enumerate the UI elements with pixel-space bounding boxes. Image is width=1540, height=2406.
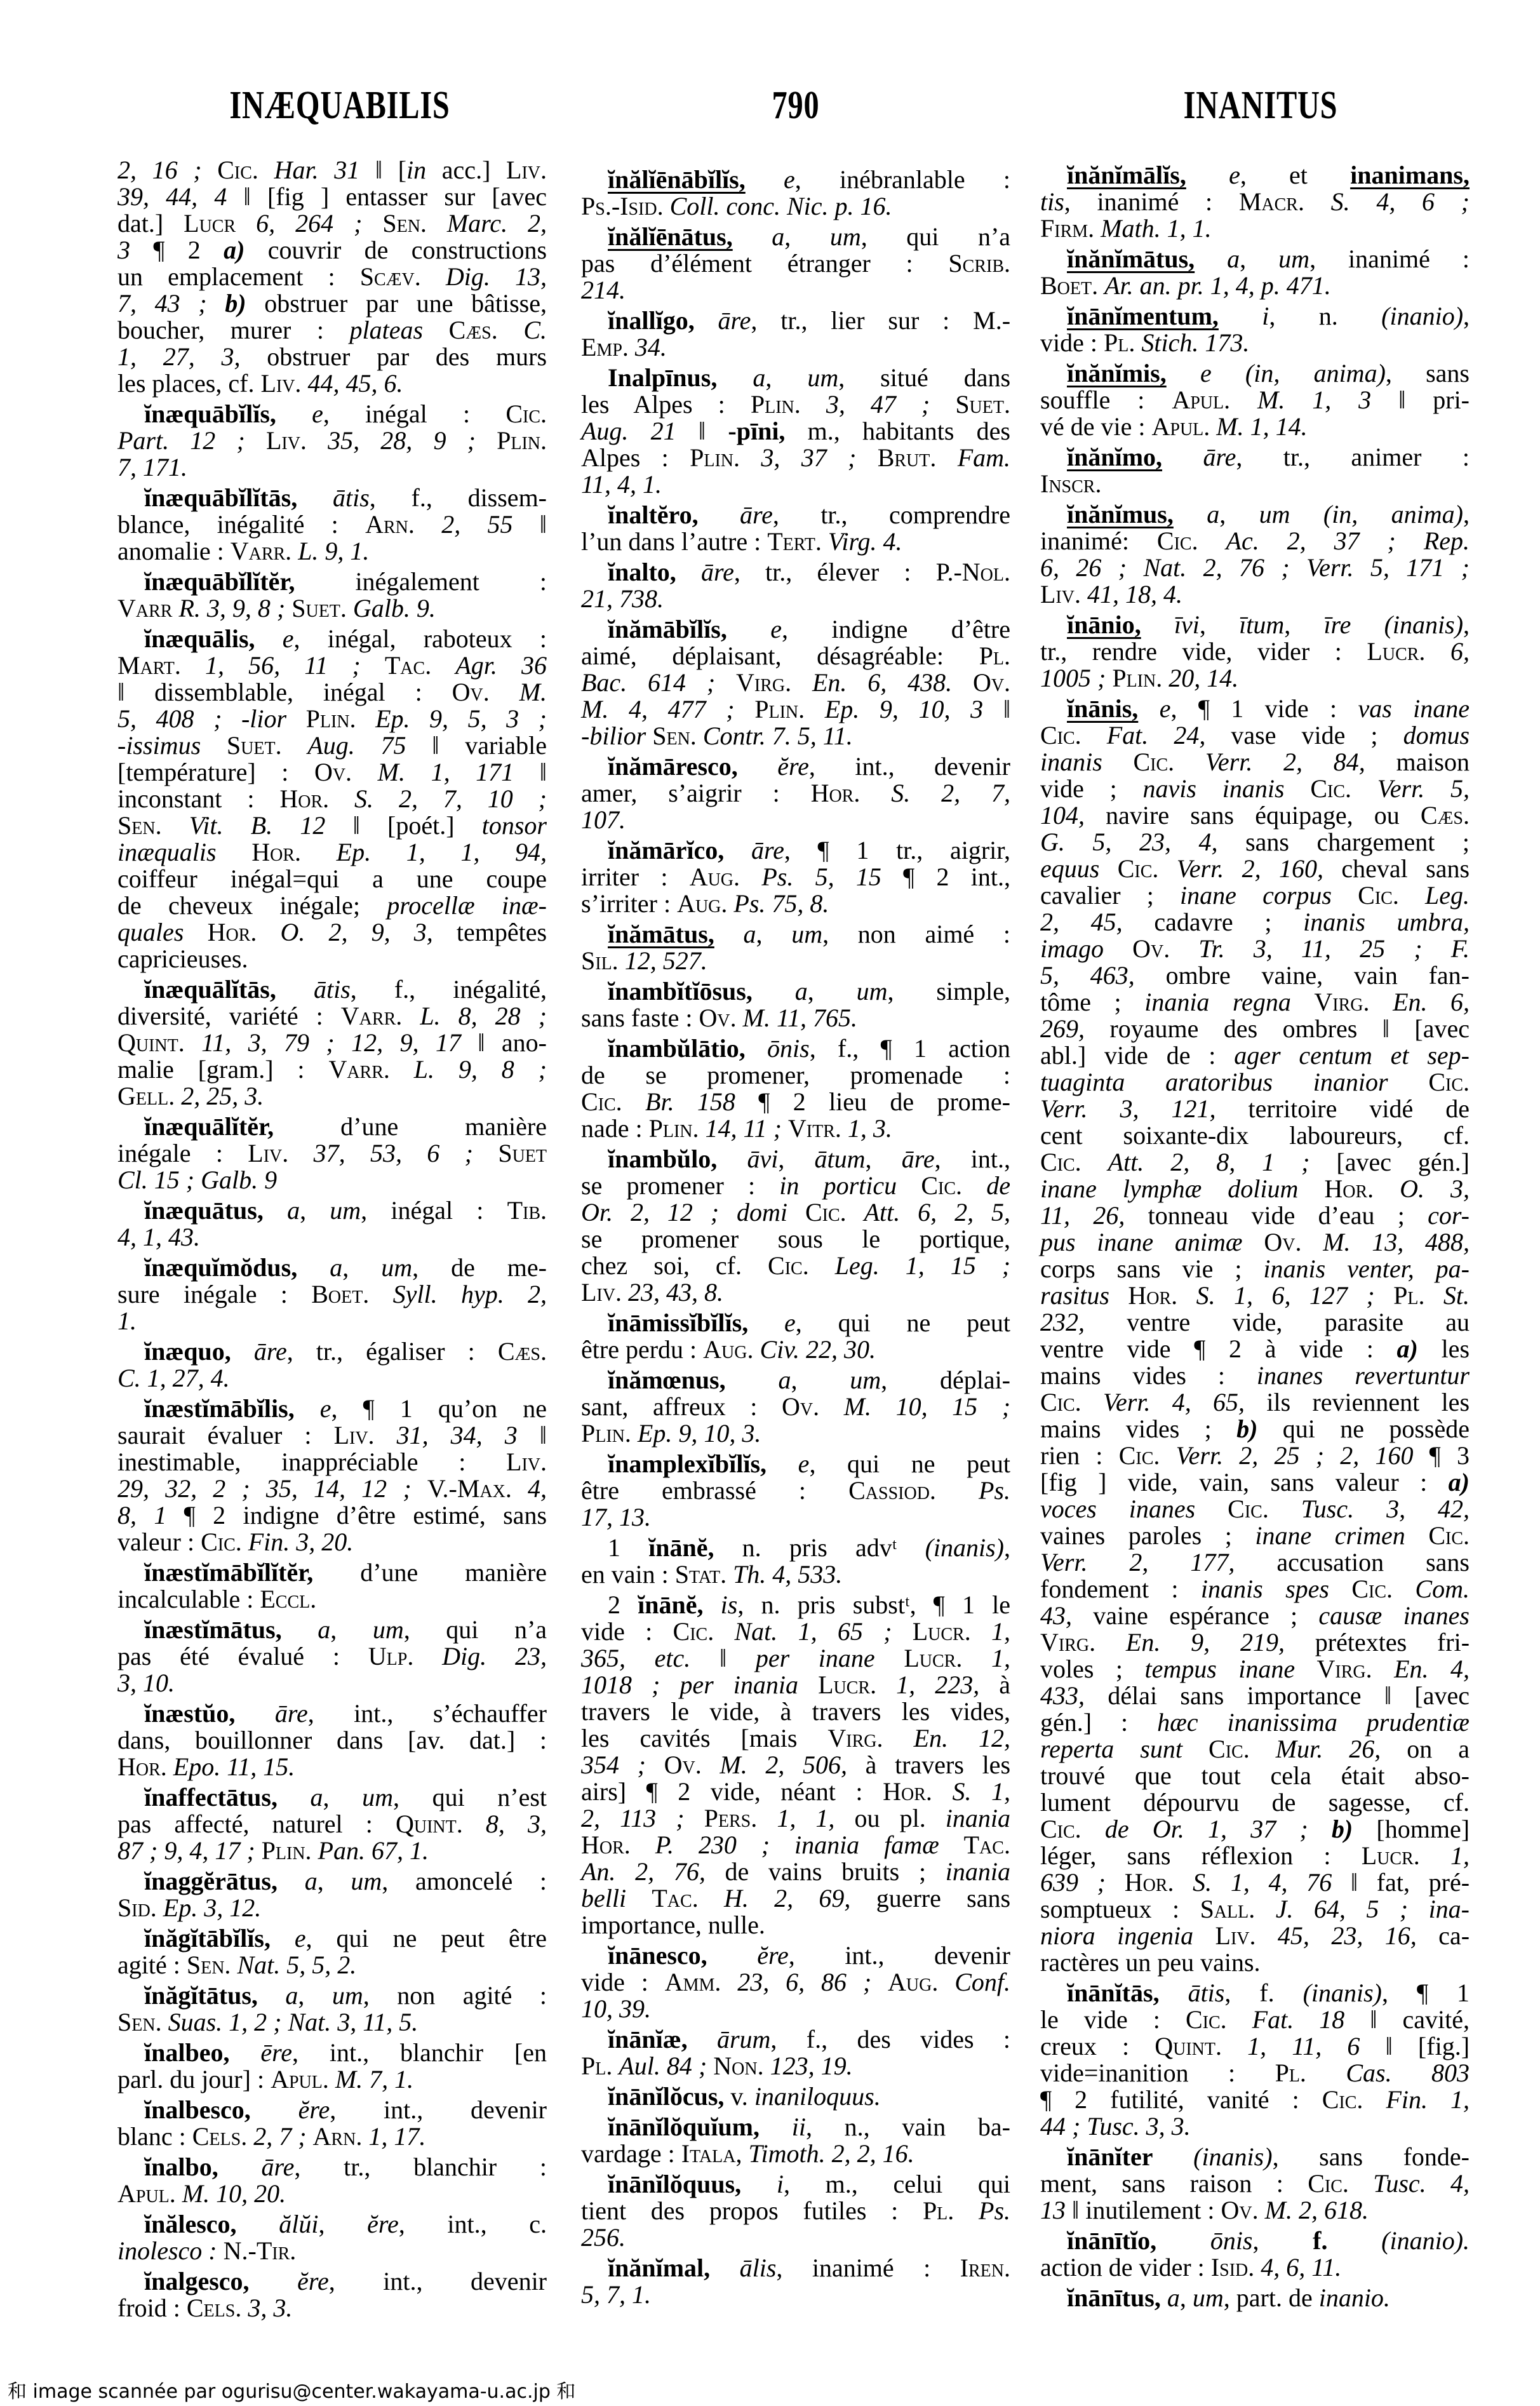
entry-line: sant, affreux : Ov. M. 10, 15 ; (581, 1394, 1010, 1420)
italic-text: 104, (1040, 801, 1085, 830)
italic-text: inane crimen (1255, 1521, 1405, 1550)
italic-text: ātis (333, 483, 370, 512)
author-abbreviation: Eccl. (260, 1585, 316, 1613)
italic-text: 45, 23, 16, (1278, 1921, 1417, 1950)
author-abbreviation: Sil. (581, 946, 619, 975)
italic-text: Cl. 15 ; Galb. 9 (117, 1166, 277, 1194)
author-abbreviation: Cels. (187, 2294, 241, 2322)
entry-line: 7, 171. (117, 454, 547, 481)
author-abbreviation: Ulp. (368, 1642, 414, 1670)
entry-line: aimé, déplaisant, désagréable: Pl. (581, 643, 1010, 669)
italic-text: de (986, 1171, 1010, 1200)
author-abbreviation: Aug. (677, 889, 727, 918)
dictionary-entry: ĭnănĭmātus, a, um, inanimé :Boet. Ar. an… (1040, 246, 1470, 299)
author-abbreviation: M.- (973, 306, 1010, 335)
italic-text: ălŭi (279, 2210, 318, 2238)
entry-line: capricieuses. (117, 946, 547, 972)
entry-line: Cic. de Or. 1, 37 ; b) [homme] (1040, 1816, 1470, 1843)
italic-text: P. 230 ; inania famæ (655, 1831, 939, 1859)
author-abbreviation: Stat. (675, 1560, 726, 1589)
italic-text: Aug. 75 (307, 731, 406, 760)
italic-text: 4, 1, 43. (117, 1223, 200, 1251)
italic-text: ii (792, 2113, 806, 2141)
author-abbreviation: Sid. (117, 1893, 157, 1922)
italic-text: 1. (117, 1307, 137, 1335)
author-abbreviation: Liv. (260, 369, 301, 398)
italic-text: 39, 44, 4 (117, 182, 227, 211)
italic-text: inolesco : (117, 2236, 217, 2265)
italic-text: Dig. 23, (442, 1642, 547, 1670)
author-abbreviation: Cic. (581, 1087, 622, 1116)
italic-text: tis (1040, 187, 1064, 216)
author-abbreviation: Hor. (117, 1752, 167, 1781)
author-abbreviation: Cic. (1310, 774, 1351, 803)
italic-text: Pan. 67, 1. (318, 1836, 429, 1865)
dictionary-entry: ĭnānĭæ, ārum, f., des vides :Pl. Aul. 84… (581, 2026, 1010, 2080)
dictionary-entry: ĭnămœnus, a, um, déplai-sant, affreux : … (581, 1367, 1010, 1447)
entry-line: Firm. Math. 1, 1. (1040, 215, 1470, 242)
italic-text: L. 8, 28 ; (420, 1002, 547, 1030)
italic-text: 43, (1040, 1601, 1072, 1630)
entry-line: ment, sans raison : Cic. Tusc. 4, (1040, 2170, 1470, 2197)
entry-line: ĭnæquĭmŏdus, a, um, de me- (117, 1254, 547, 1281)
entry-line: ractères un peu vains. (1040, 1949, 1470, 1976)
italic-text: 4, (528, 1474, 547, 1503)
italic-text: 35, 28, 9 ; (328, 426, 476, 455)
italic-text: Com. (1415, 1575, 1470, 1603)
author-abbreviation: Pl. (581, 2052, 612, 2080)
dictionary-entry: ĭnāmissĭbĭlĭs, e, qui ne peutêtre perdu … (581, 1310, 1010, 1363)
italic-text: M. 1, 14. (1216, 412, 1307, 441)
entry-line: ĭnānĭtās, ātis, f. (inanis), ¶ 1 (1040, 1980, 1470, 2006)
entry-line: agité : Sen. Nat. 5, 5, 2. (117, 1952, 547, 1979)
entry-line: Cic. Verr. 4, 65, ils reviennent les (1040, 1389, 1470, 1416)
entry-line: -issimus Suet. Aug. 75 ‖ variable (117, 732, 547, 759)
italic-text: C. (523, 316, 547, 344)
dictionary-entry: ĭnăgĭtābĭlĭs, e, qui ne peut êtreagité :… (117, 1925, 547, 1979)
entry-line: 2, 16 ; Cic. Har. 31 ‖ [in acc.] Liv. (117, 157, 547, 184)
author-abbreviation: Lucr (184, 209, 236, 238)
author-abbreviation: Cels. (192, 2122, 247, 2151)
headword: ĭnamplexĭbĭlĭs, (608, 1449, 767, 1478)
entry-line: être perdu : Aug. Civ. 22, 30. (581, 1336, 1010, 1363)
italic-text: L. 9, 1. (298, 537, 369, 565)
italic-text: Stich. 173. (1141, 328, 1249, 357)
italic-text: 1, 17. (368, 2122, 425, 2151)
column-1: 2, 16 ; Cic. Har. 31 ‖ [in acc.] Liv.39,… (117, 157, 547, 2322)
entry-line: voles ; tempus inane Virg. En. 4, (1040, 1656, 1470, 1683)
italic-text: Vit. B. 12 (189, 811, 326, 840)
italic-text: um (330, 1196, 361, 1225)
italic-text: 1, 56, 11 ; (205, 651, 361, 680)
headword: ĭnalto, (608, 558, 676, 586)
entry-line: 13 ‖ inutilement : Ov. M. 2, 618. (1040, 2197, 1470, 2224)
entry-line: importance, nulle. (581, 1912, 1010, 1939)
entry-line: ĭnănĭmātus, a, um, inanimé : (1040, 246, 1470, 272)
headword: ĭnānĭtās, (1067, 1979, 1160, 2007)
entry-line: Hor. Epo. 11, 15. (117, 1754, 547, 1780)
italic-text: Aug. 21 (581, 417, 676, 445)
italic-text: 10, 39. (581, 1994, 651, 2023)
italic-text: 1, 3. (848, 1114, 892, 1143)
author-abbreviation: Hor. (1324, 1174, 1374, 1203)
italic-text: 2, 113 ; (581, 1804, 685, 1832)
italic-text: 2, 45, (1040, 908, 1123, 936)
italic-text: 13 (1040, 2196, 1066, 2224)
author-abbreviation: Plin. (581, 1419, 631, 1448)
italic-text: e (in, anima) (1200, 359, 1386, 387)
author-abbreviation: Tac. (385, 651, 431, 680)
italic-text: Fat. 18 (1252, 2005, 1345, 2034)
entry-line: mains vides : inanes revertuntur (1040, 1362, 1470, 1389)
italic-text: cor- (1428, 1201, 1470, 1230)
entry-line: 17, 13. (581, 1504, 1010, 1531)
italic-text: En. 12, (914, 1724, 1010, 1752)
entry-line: ĭnălĭēnātus, a, um, qui n’a (581, 224, 1010, 250)
italic-text: J. 64, 5 ; ina- (1276, 1895, 1470, 1923)
dictionary-entry: ĭnæquo, āre, tr., égaliser : Cæs.C. 1, 2… (117, 1338, 547, 1392)
author-abbreviation: Gell. (117, 1082, 175, 1110)
italic-text: ātis (314, 975, 351, 1004)
headword: ĭnăgĭtābĭlĭs, (144, 1924, 271, 1952)
italic-text: āre (751, 836, 784, 864)
entry-line: Plin. Ep. 9, 10, 3. (581, 1420, 1010, 1447)
author-abbreviation: Cic. (1040, 1148, 1081, 1176)
italic-text: 20, 14. (1168, 664, 1238, 692)
italic-text: 1, 11, 6 (1247, 2032, 1360, 2060)
entry-line: malie [gram.] : Varr. L. 9, 8 ; (117, 1056, 547, 1083)
italic-text: a (795, 977, 808, 1005)
entry-line: irriter : Aug. Ps. 5, 15 ¶ 2 int., (581, 864, 1010, 890)
italic-text: St. (1443, 1281, 1470, 1310)
italic-text: quales (117, 918, 184, 946)
italic-text: 29, 32, 2 ; 35, 14, 12 ; (117, 1474, 412, 1503)
italic-text: 2, 55 (441, 510, 512, 539)
underlined-headword: ĭnānĭmentum, (1067, 302, 1219, 330)
underlined-headword: ĭnănĭmus, (1067, 500, 1174, 528)
italic-text: (inanis) (1303, 1979, 1382, 2007)
italic-text: Ep. 9, 10, 3. (638, 1419, 761, 1448)
entry-line: ĭnāmissĭbĭlĭs, e, qui ne peut (581, 1310, 1010, 1336)
entry-line: ĭnănĭmālĭs, e, et inanimans, (1040, 162, 1470, 189)
italic-text: 44, 45, 6. (307, 369, 403, 398)
italic-text: um (807, 363, 838, 392)
author-abbreviation: Arn. (313, 2122, 363, 2151)
entry-line: ĭnămābĭlĭs, e, indigne d’être (581, 616, 1010, 643)
author-abbreviation: Cæs. (449, 316, 498, 344)
italic-text: ītum (1239, 610, 1284, 639)
dictionary-entry: ĭnæquābĭlĭs, e, inégal : Cic.Part. 12 ; … (117, 401, 547, 481)
entry-line: 354 ; Ov. M. 2, 506, à travers les (581, 1752, 1010, 1778)
italic-text: ātum (815, 1145, 866, 1173)
italic-text: 1018 ; per inania (581, 1670, 798, 1699)
italic-text: 354 ; (581, 1751, 646, 1779)
italic-text: Part. 12 ; (117, 426, 245, 455)
author-abbreviation: Hor. (581, 1831, 631, 1859)
dictionary-entry: ĭnānĭlŏquus, i, m., celui quitient des p… (581, 2171, 1010, 2251)
italic-text: 12, 527. (625, 946, 707, 975)
italic-text: e (770, 615, 782, 643)
italic-text: Ep. 9, 5, 3 ; (375, 704, 547, 733)
column-3: ĭnănĭmālĭs, e, et inanimans,tis, inanimé… (1040, 162, 1470, 2311)
author-abbreviation: Sen. (652, 722, 697, 750)
author-abbreviation: Varr. (328, 1055, 389, 1084)
dictionary-entry: ĭnānĭlŏquĭum, ii, n., vain ba-vardage : … (581, 2114, 1010, 2167)
author-abbreviation: Pers. (704, 1804, 758, 1832)
italic-text: de Or. 1, 37 ; (1105, 1815, 1308, 1843)
bold-italic-label: a) (1397, 1334, 1418, 1363)
author-abbreviation: Cæs. (498, 1337, 547, 1366)
entry-line: coiffeur inégal=qui a une coupe (117, 866, 547, 892)
entry-line: cavalier ; inane corpus Cic. Leg. (1040, 882, 1470, 909)
headword: ĭnæstĭmātus, (144, 1615, 282, 1644)
italic-text: M. 2, 618. (1265, 2196, 1369, 2224)
headword: ĭnānĭlŏquĭum, (608, 2113, 760, 2141)
italic-text: 2, 7 ; (253, 2122, 306, 2151)
italic-text: a (1167, 2283, 1180, 2312)
dictionary-entry: 1 ĭnānĕ, n. pris advᵗ (inanis),en vain :… (581, 1535, 1010, 1588)
italic-text: hæc inanissima prudentiæ (1157, 1708, 1470, 1737)
headword: ĭnāmissĭbĭlĭs, (608, 1308, 748, 1337)
headword: ĭnānĭæ, (608, 2025, 688, 2053)
italic-text: R. 3, 9, 8 ; (178, 594, 285, 622)
author-abbreviation: Emp. (581, 333, 629, 361)
author-abbreviation: Hor. (251, 838, 301, 866)
italic-text: 3, 3. (248, 2294, 292, 2322)
entry-line: ĭnæquālĭtās, ātis, f., inégalité, (117, 976, 547, 1003)
italic-text: ārum (717, 2025, 770, 2053)
italic-text: inanis umbra, (1303, 908, 1470, 936)
italic-text: Fin. 3, 20. (248, 1528, 354, 1556)
headword: ĭnămārĭco, (608, 836, 724, 864)
headword: ĭnānĭlŏquus, (608, 2170, 741, 2198)
italic-text: Nat. 5, 5, 2. (237, 1951, 356, 1979)
entry-line: 11, 26, tonneau vide d’eau ; cor- (1040, 1202, 1470, 1229)
headword: ĭnaltĕro, (608, 501, 699, 529)
italic-text: āre (740, 501, 773, 529)
bold-italic-label: b) (225, 289, 246, 318)
running-head-last-word: INANITUS (1184, 85, 1338, 126)
entry-line: un emplacement : Scæv. Dig. 13, (117, 264, 547, 290)
dictionary-entry: ĭnānis, e, ¶ 1 vide : vas inaneCic. Fat.… (1040, 696, 1470, 1976)
author-abbreviation: Hor. (1128, 1281, 1177, 1310)
entry-line: Mart. 1, 56, 11 ; Tac. Agr. 36 (117, 652, 547, 679)
italic-text: M. 7, 1. (335, 2065, 413, 2093)
dictionary-entry: ĭnæstĭmābĭlĭtĕr, d’une manièreincalculab… (117, 1559, 547, 1613)
entry-line: Or. 2, 12 ; domi Cic. Att. 6, 2, 5, (581, 1199, 1010, 1226)
italic-text: e (784, 165, 795, 194)
dictionary-entry: ĭnănĭmālĭs, e, et inanimans,tis, inanimé… (1040, 162, 1470, 242)
italic-text: i (777, 2170, 784, 2198)
entry-line: quales Hor. O. 2, 9, 3, tempêtes (117, 919, 547, 946)
entry-line: de cheveux inégale; procellæ inæ- (117, 892, 547, 919)
entry-line: 232, ventre vide, parasite au (1040, 1309, 1470, 1336)
italic-text: 6, 26 ; Nat. 2, 76 ; Verr. 5, 171 ; (1040, 553, 1470, 582)
entry-line: ĭnæstŭo, āre, int., s’échauffer (117, 1700, 547, 1727)
italic-text: inanes revertuntur (1257, 1361, 1470, 1390)
italic-text: a (311, 1783, 323, 1811)
headword: ĭnămābĭlĭs, (608, 615, 727, 643)
italic-text: 2, 16 ; (117, 156, 202, 184)
author-abbreviation: Apul. (271, 2065, 329, 2093)
italic-text: Leg. 1, 15 ; (835, 1251, 1010, 1280)
author-abbreviation: Ov. (1132, 934, 1170, 963)
author-abbreviation: Vitr. (788, 1114, 841, 1143)
scan-credit-footer: 和 image scannée par ogurisu@center.wakay… (8, 2381, 575, 2403)
author-abbreviation: Quint. (396, 1810, 463, 1838)
italic-text: um (381, 1253, 412, 1282)
entry-line: 1005 ; Plin. 20, 14. (1040, 665, 1470, 692)
headword: ĭnæstĭmābĭlĭtĕr, (144, 1558, 313, 1587)
dictionary-entry: ĭnæquālĭtĕr, d’une manièreinégale : Liv.… (117, 1113, 547, 1193)
italic-text: 1, 27, 3, (117, 342, 241, 371)
italic-text: navis inanis (1143, 774, 1285, 803)
entry-line: ĭnānĭlŏcus, v. inaniloquus. (581, 2083, 1010, 2110)
italic-text: Att. 2, 8, 1 ; (1108, 1148, 1310, 1176)
entry-line: inane lymphæ dolium Hor. O. 3, (1040, 1176, 1470, 1202)
italic-text: Ep. 1, 1, 94, (337, 838, 547, 866)
entry-line: ĭnămāresco, ĕre, int., devenir (581, 753, 1010, 780)
italic-text: voces inanes (1040, 1495, 1195, 1523)
italic-text: O. 2, 9, 3, (280, 918, 432, 946)
italic-text: āre (701, 558, 734, 586)
author-abbreviation: Varr. (231, 537, 291, 565)
italic-text: Galb. 9. (353, 594, 436, 622)
author-abbreviation: Plin. (751, 390, 801, 419)
entry-line: 2, 113 ; Pers. 1, 1, ou pl. inania (581, 1805, 1010, 1832)
entry-line: en vain : Stat. Th. 4, 533. (581, 1561, 1010, 1588)
author-abbreviation: Ov. (782, 1392, 819, 1421)
entry-line: ĭnæquālĭtĕr, d’une manière (117, 1113, 547, 1140)
dictionary-entry: ĭnambŭlo, āvi, ātum, āre, int.,se promen… (581, 1146, 1010, 1306)
italic-text: um (1278, 245, 1309, 273)
bold-italic-label: a) (224, 236, 244, 264)
entry-line: Sen. Vit. B. 12 ‖ [poét.] tonsor (117, 812, 547, 839)
author-abbreviation: Ov. (452, 678, 490, 706)
dictionary-entry: ĭnalgesco, ĕre, int., devenirfroid : Cel… (117, 2268, 547, 2322)
entry-line: 1, 27, 3, obstruer par des murs (117, 344, 547, 370)
entry-line: rien : Cic. Verr. 2, 25 ; 2, 160 ¶ 3 (1040, 1442, 1470, 1469)
entry-line: ĭnămœnus, a, um, déplai- (581, 1367, 1010, 1394)
entry-line: 39, 44, 4 ‖ [fig ] entasser sur [avec (117, 184, 547, 210)
author-abbreviation: Pl. (1275, 2059, 1306, 2087)
italic-text: Har. 31 (274, 156, 360, 184)
italic-text: 21, 738. (581, 584, 664, 613)
author-abbreviation: Arn. (365, 510, 415, 539)
dictionary-entry: ĭnănĭmo, āre, tr., animer :Inscr. (1040, 444, 1470, 497)
italic-text: S. 1, (952, 1777, 1010, 1806)
headword: ĭnalbo, (144, 2153, 218, 2181)
author-abbreviation: Itala (681, 2139, 736, 2168)
italic-text: 37, 53, 6 ; (314, 1139, 473, 1167)
italic-text: 433, (1040, 1681, 1085, 1710)
entry-line: lument dépourvu de sagesse, cf. (1040, 1789, 1470, 1816)
author-abbreviation: Suet. (291, 594, 347, 622)
italic-text: M. 10, 15 ; (844, 1392, 1010, 1421)
italic-text: a (772, 222, 784, 251)
italic-text: Epo. 11, 15. (173, 1752, 295, 1781)
italic-text: 41, 18, 4. (1087, 580, 1182, 608)
author-abbreviation: Cic. (1228, 1495, 1269, 1523)
italic-text: a (330, 1253, 342, 1282)
italic-text: tonsor (482, 811, 547, 840)
italic-text: 6, (1450, 637, 1470, 666)
entry-line: 29, 32, 2 ; 35, 14, 12 ; V.-Max. 4, (117, 1475, 547, 1502)
dictionary-entry: ĭnamplexĭbĭlĭs, e, qui ne peutêtre embra… (581, 1451, 1010, 1531)
entry-line: Ps.-Isid. Coll. conc. Nic. p. 16. (581, 193, 1010, 220)
entry-line: somptueux : Sall. J. 64, 5 ; ina- (1040, 1896, 1470, 1923)
italic-text: Aul. 84 ; (619, 2052, 707, 2080)
italic-text: Tusc. 4, (1373, 2169, 1470, 2198)
dictionary-entry: ĭnaggĕrātus, a, um, amoncelé :Sid. Ep. 3… (117, 1868, 547, 1921)
entry-line: ĭnānis, e, ¶ 1 vide : vas inane (1040, 696, 1470, 722)
italic-text: 14, 11 ; (706, 1114, 782, 1143)
italic-text: Civ. 22, 30. (760, 1335, 876, 1364)
italic-text: En. 6, (1393, 988, 1470, 1016)
entry-line: chez soi, cf. Cic. Leg. 1, 15 ; (581, 1253, 1010, 1279)
headword: ĭnæquĭmŏdus, (144, 1253, 297, 1282)
entry-line: ĭnambŭlātio, ōnis, f., ¶ 1 action (581, 1035, 1010, 1062)
entry-line: ĭnăgĭtābĭlĭs, e, qui ne peut être (117, 1925, 547, 1952)
italic-text: Verr. 2, 84, (1205, 748, 1365, 776)
entry-line: ĭnalto, āre, tr., élever : P.-Nol. (581, 559, 1010, 586)
author-abbreviation: Cic. (805, 1198, 847, 1227)
italic-text: Timoth. 2, 2, 16. (748, 2139, 914, 2168)
author-abbreviation: Sen. (187, 1951, 231, 1979)
italic-text: 11, 26, (1040, 1201, 1125, 1230)
italic-text: Bac. 614 ; (581, 668, 715, 697)
headword: ĭnalgesco, (144, 2267, 250, 2295)
italic-text: -issimus (117, 731, 201, 760)
italic-text: Fam. (958, 443, 1010, 472)
entry-line: ĭnaggĕrātus, a, um, amoncelé : (117, 1868, 547, 1895)
entry-line: airs] ¶ 2 vide, néant : Hor. S. 1, (581, 1778, 1010, 1805)
entry-line: ĭnălesco, ălŭi, ĕre, int., c. (117, 2211, 547, 2238)
dictionary-entry: ĭnæstŭo, āre, int., s’échaufferdans, bou… (117, 1700, 547, 1780)
italic-text: 365, etc. (581, 1644, 690, 1672)
author-abbreviation: Boet. (311, 1280, 369, 1308)
entry-line: inolesco : N.-Tir. (117, 2238, 547, 2264)
author-abbreviation: Cic. (921, 1171, 962, 1200)
entry-line: vardage : Itala, Timoth. 2, 2, 16. (581, 2141, 1010, 2167)
italic-text: inanio. (1319, 2283, 1390, 2312)
entry-line: Aug. 21 ‖ -pīni, m., habitants des (581, 418, 1010, 445)
entry-line: belli Tac. H. 2, 69, guerre sans (581, 1885, 1010, 1912)
headword: ĭnānĭter (1067, 2142, 1153, 2171)
italic-text: um (857, 977, 888, 1005)
author-abbreviation: Hor. (279, 784, 329, 813)
entry-line: niora ingenia Liv. 45, 23, 16, ca- (1040, 1923, 1470, 1949)
italic-text: per inane (756, 1644, 875, 1672)
entry-line: vide ; navis inanis Cic. Verr. 5, (1040, 776, 1470, 802)
entry-line: 2 ĭnānĕ, is, n. pris substᵗ, ¶ 1 le (581, 1592, 1010, 1618)
entry-line: 1018 ; per inania Lucr. 1, 223, à (581, 1672, 1010, 1698)
italic-text: e (798, 1449, 810, 1478)
headword: ĭnæquābĭlĭs, (144, 400, 276, 428)
headword: ĭnallĭgo, (608, 306, 695, 335)
entry-line: 214. (581, 277, 1010, 304)
italic-text: 5, 408 ; -lior (117, 704, 286, 733)
italic-text: 8, 3, (486, 1810, 547, 1838)
entry-line: Verr. 2, 177, accusation sans (1040, 1549, 1470, 1576)
author-abbreviation: Ov. (314, 758, 352, 786)
italic-text: a (305, 1867, 318, 1895)
author-abbreviation: Isid. (1211, 2253, 1254, 2282)
entry-line: Alpes : Plin. 3, 37 ; Brut. Fam. (581, 445, 1010, 471)
entry-line: ĭnănĭmo, āre, tr., animer : (1040, 444, 1470, 471)
entry-line: ĭnānĭter (inanis), sans fonde- (1040, 2144, 1470, 2170)
italic-text: H. 2, 69, (724, 1884, 850, 1912)
